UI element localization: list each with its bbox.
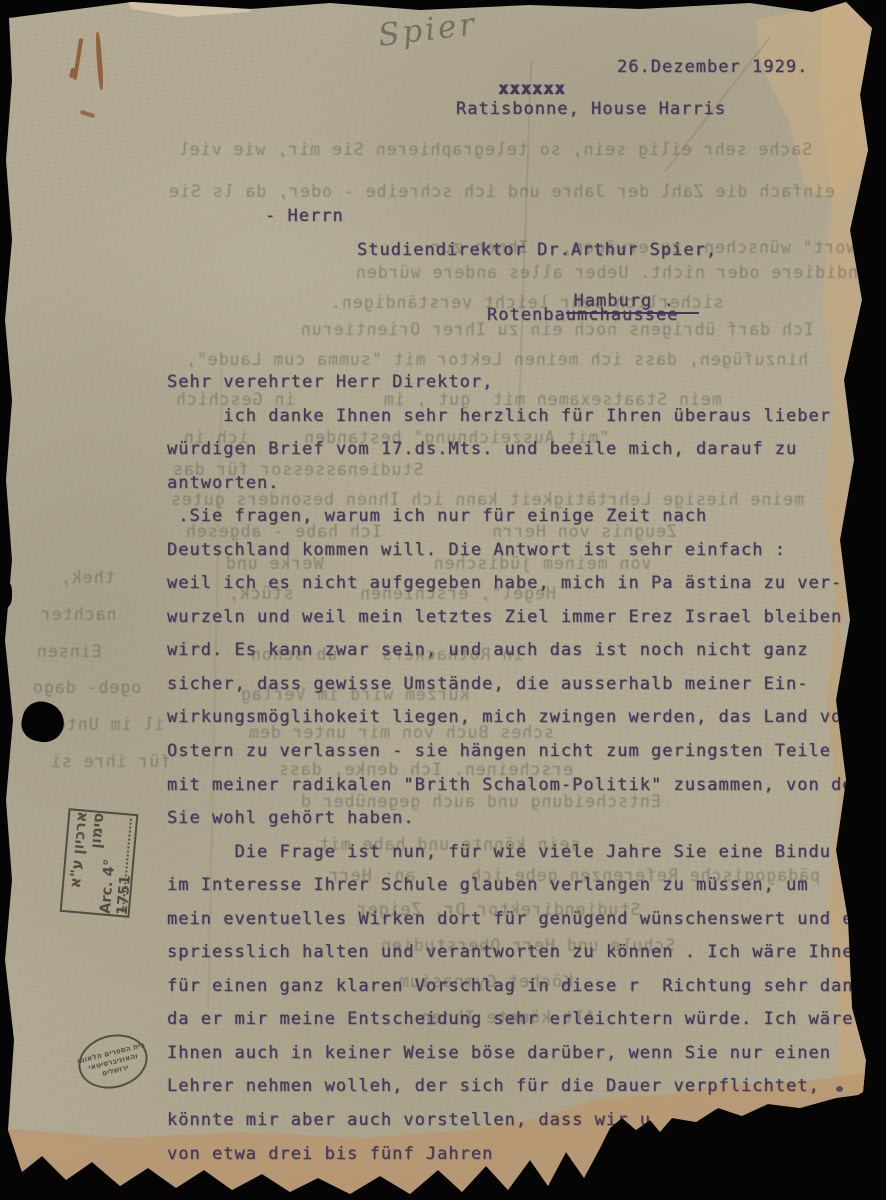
typed-line: für einen ganz klaren Vorschlag in diese… bbox=[167, 976, 865, 1010]
date-line: 26.Dezember 1929. bbox=[617, 57, 808, 77]
typed-line: würdigen Brief vom 17.ds.Mts. und beeile… bbox=[167, 439, 865, 473]
typed-line: könnte mir aber auch vorstellen, dass wi… bbox=[167, 1110, 865, 1144]
stray-ink-dot bbox=[836, 1086, 843, 1092]
letter-body: Sehr verehrter Herr Direktor, ich danke … bbox=[167, 372, 865, 1177]
typed-line: wirkungsmöglihokeit liegen, mich zwingen… bbox=[167, 707, 865, 741]
recipient-prefix: - Herrn bbox=[265, 206, 344, 226]
typed-line: antworten. bbox=[167, 473, 865, 507]
typed-line: im Interesse Ihrer Schule glauben verlan… bbox=[167, 875, 865, 909]
typed-line: Ostern zu verlassen - sie hängen nicht z… bbox=[167, 741, 865, 775]
typed-line: wird. Es kann zwar sein, und auch das is… bbox=[167, 640, 865, 674]
typed-line: Deutschland kommen will. Die Antwort ist… bbox=[167, 540, 865, 574]
typed-line: Sehr verehrter Herr Direktor, bbox=[167, 372, 865, 406]
bleedthrough-line: thek, bbox=[60, 568, 115, 587]
typed-line: Ihnen auch in keiner Weise böse darüber,… bbox=[167, 1043, 865, 1077]
recipient-street: Rotenbaumchaussee bbox=[487, 305, 678, 325]
typed-line: von etwa drei bis fünf Jahren bbox=[167, 1144, 865, 1178]
typed-line: weil ich es nicht aufgegeben habe, mich … bbox=[167, 573, 865, 607]
bleedthrough-line: Sache sehr eilig sein, so telegraphieren… bbox=[178, 140, 812, 159]
deleted-characters: xxxxxx bbox=[498, 79, 566, 99]
typed-line: mit meiner radikalen "Brith Schalom-Poli… bbox=[167, 775, 865, 809]
typed-line: spriesslich halten und verantworten zu k… bbox=[167, 942, 865, 976]
scanned-letter: Sache sehr eilig sein, so telegraphieren… bbox=[0, 0, 886, 1200]
bleedthrough-line: für ihre si bbox=[50, 752, 170, 771]
typed-line: mein eventuelles Wirken dort für genügen… bbox=[167, 909, 865, 943]
typed-line: Sie wohl gehört haben. bbox=[167, 808, 865, 842]
typed-line: wurzeln und weil mein letztes Ziel immer… bbox=[167, 607, 865, 641]
typed-line: ich danke Ihnen sehr herzlich für Ihren … bbox=[167, 406, 865, 440]
bleedthrough-line: ogeb- dago bbox=[32, 678, 141, 697]
archive-signature-stamp: ארכיון ע"א סימון Arc. 4° 1751 bbox=[60, 808, 139, 918]
typed-line: da er mir meine Entscheidung sehr erleic… bbox=[167, 1009, 865, 1043]
typed-line: sicher, dass gewisse Umstände, die ausse… bbox=[167, 674, 865, 708]
letterhead-line: Ratisbonne, House Harris bbox=[456, 99, 726, 119]
paper-edge-notch bbox=[0, 580, 12, 608]
recipient-name: Studiendirektor Dr.Arthur Spier, bbox=[357, 240, 717, 260]
bleedthrough-line: nachter bbox=[40, 605, 117, 624]
bleedthrough-line: hinzufügen, dass ich meinen Lektor mit "… bbox=[185, 350, 808, 369]
typed-line: Lehrer nehmen wolleh, der sich für die D… bbox=[167, 1076, 865, 1110]
bleedthrough-line: Einsen bbox=[36, 642, 102, 661]
typed-line: .Sie fragen, warum ich nur für einige Ze… bbox=[167, 506, 865, 540]
typed-line: Die Frage ist nun, für wie viele Jahre S… bbox=[167, 842, 865, 876]
letter-paper: Sache sehr eilig sein, so telegraphieren… bbox=[0, 0, 886, 1200]
bleedthrough-line: einfach die Zahl der Jahre und ich schre… bbox=[168, 182, 835, 201]
